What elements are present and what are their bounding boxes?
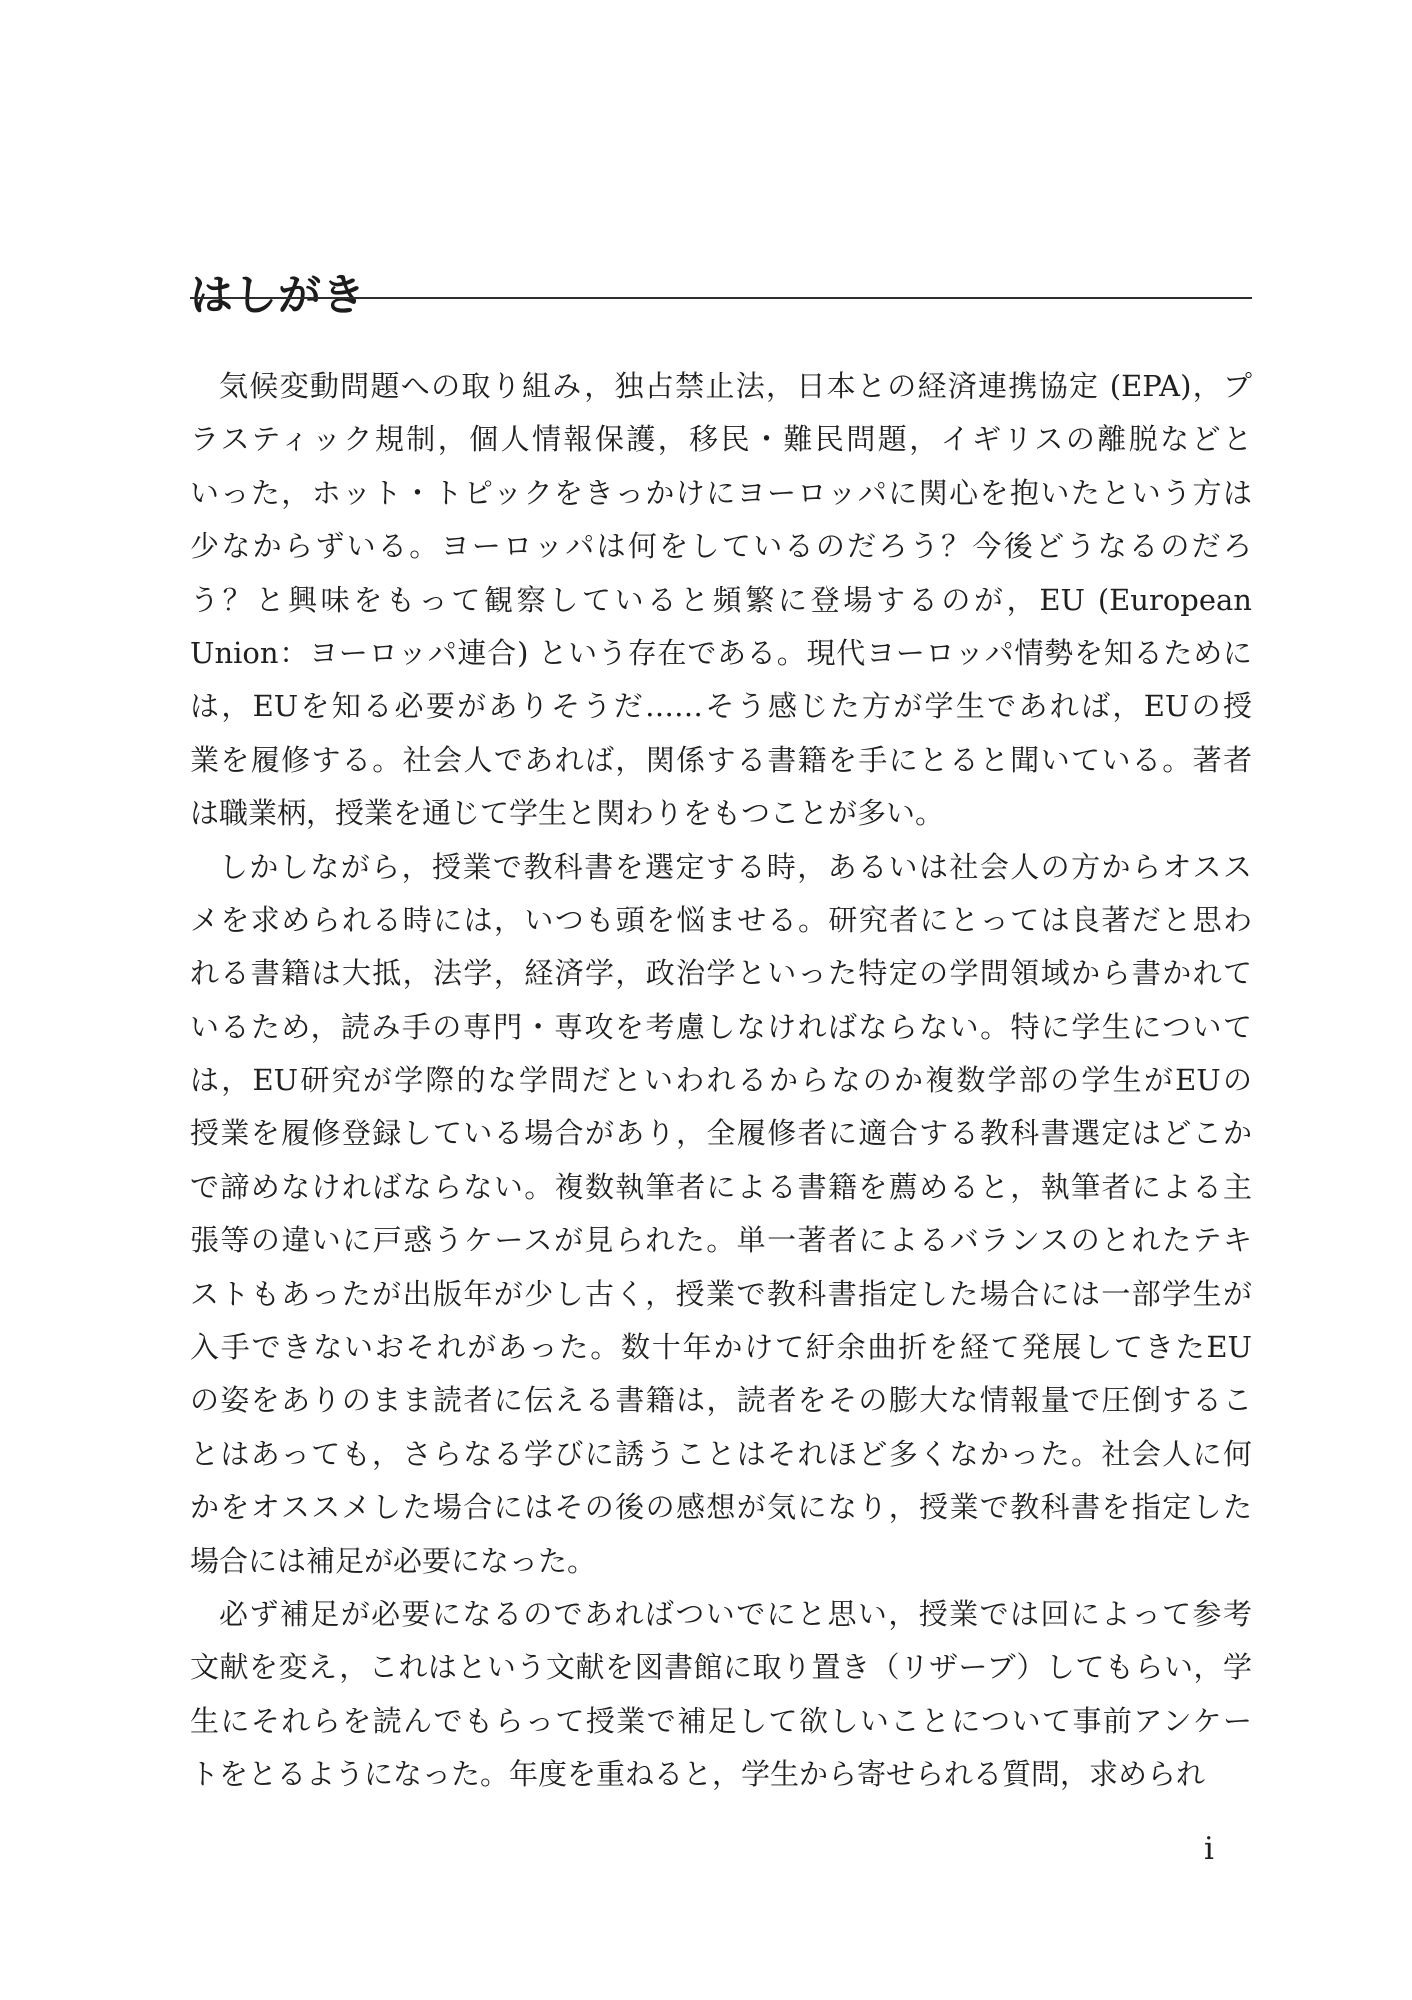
text-line: 張等の違いに戸惑うケースが見られた。単一著者によるバランスのとれたテキ: [190, 1214, 1252, 1267]
text-line: は，EUを知る必要がありそうだ……そう感じた方が学生であれば，EUの授: [190, 680, 1252, 733]
text-line: 授業を履修登録している場合があり，全履修者に適合する教科書選定はどこか: [190, 1107, 1252, 1160]
text-line: メを求められる時には，いつも頭を悩ませる。研究者にとっては良著だと思わ: [190, 894, 1252, 947]
page: はしがき 気候変動問題への取り組み，独占禁止法，日本との経済連携協定 (EPA)…: [0, 0, 1412, 2000]
text-line: ストもあったが出版年が少し古く，授業で教科書指定した場合には一部学生が: [190, 1268, 1252, 1321]
text-line: Union：ヨーロッパ連合) という存在である。現代ヨーロッパ情勢を知るために: [190, 627, 1252, 680]
text-line: いるため，読み手の専門・専攻を考慮しなければならない。特に学生について: [190, 1001, 1252, 1054]
text-line: う？と興味をもって観察していると頻繁に登場するのが，EU (European: [190, 574, 1252, 627]
text-line: 少なからずいる。ヨーロッパは何をしているのだろう？今後どうなるのだろ: [190, 520, 1252, 573]
text-line: しかしながら，授業で教科書を選定する時，あるいは社会人の方からオスス: [190, 841, 1252, 894]
text-line: 生にそれらを読んでもらって授業で補足して欲しいことについて事前アンケー: [190, 1695, 1252, 1748]
text-line: で諦めなければならない。複数執筆者による書籍を薦めると，執筆者による主: [190, 1161, 1252, 1214]
text-line: 入手できないおそれがあった。数十年かけて紆余曲折を経て発展してきたEU: [190, 1321, 1252, 1374]
text-line: は職業柄，授業を通じて学生と関わりをもつことが多い。: [190, 787, 1252, 840]
text-line: 場合には補足が必要になった。: [190, 1535, 1252, 1588]
page-number: i: [1204, 1831, 1214, 1868]
text-line: とはあっても，さらなる学びに誘うことはそれほど多くなかった。社会人に何: [190, 1428, 1252, 1481]
text-line: れる書籍は大抵，法学，経済学，政治学といった特定の学問領域から書かれて: [190, 947, 1252, 1000]
title-underline: [190, 297, 1252, 299]
text-line: は，EU研究が学際的な学問だといわれるからなのか複数学部の学生がEUの: [190, 1054, 1252, 1107]
text-line: ラスティック規制，個人情報保護，移民・難民問題，イギリスの離脱などと: [190, 413, 1252, 466]
text-line: 必ず補足が必要になるのであればついでにと思い，授業では回によって参考: [190, 1588, 1252, 1641]
text-line: 業を履修する。社会人であれば，関係する書籍を手にとると聞いている。著者: [190, 734, 1252, 787]
text-line: の姿をありのまま読者に伝える書籍は，読者をその膨大な情報量で圧倒するこ: [190, 1374, 1252, 1427]
document-body: 気候変動問題への取り組み，独占禁止法，日本との経済連携協定 (EPA)，プラステ…: [190, 360, 1252, 1802]
text-line: かをオススメした場合にはその後の感想が気になり，授業で教科書を指定した: [190, 1481, 1252, 1534]
text-line: 文献を変え，これはという文献を図書館に取り置き（リザーブ）してもらい，学: [190, 1641, 1252, 1694]
text-line: トをとるようになった。年度を重ねると，学生から寄せられる質問，求められ: [190, 1748, 1252, 1801]
text-line: 気候変動問題への取り組み，独占禁止法，日本との経済連携協定 (EPA)，プ: [190, 360, 1252, 413]
text-line: いった，ホット・トピックをきっかけにヨーロッパに関心を抱いたという方は: [190, 467, 1252, 520]
